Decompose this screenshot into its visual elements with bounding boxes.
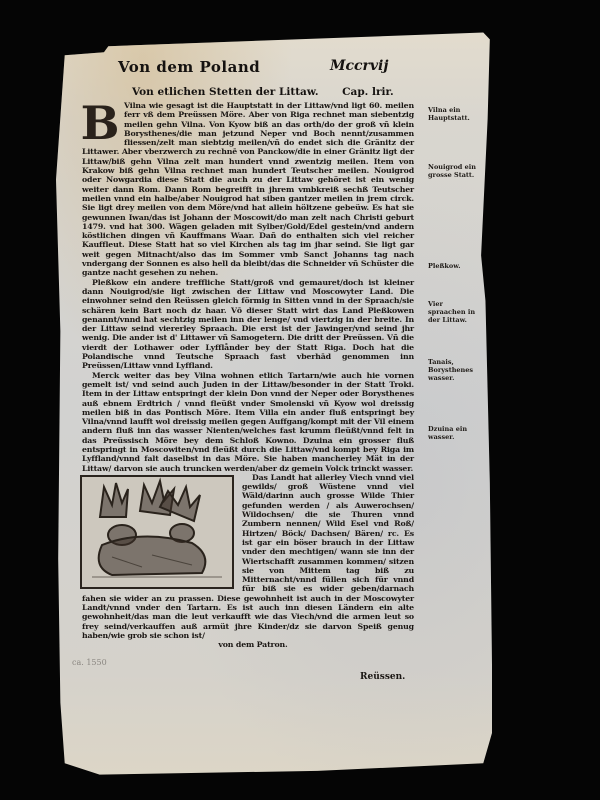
margin-note-plesskow: Pleßkow. [428, 262, 478, 270]
pencil-annotation: ca. 1550 [72, 658, 107, 667]
folio-number: Mccrvij [330, 58, 388, 74]
margin-note-languages: Vier spraachen in der Littaw. [428, 300, 478, 324]
deer-icon [82, 477, 232, 587]
body-text: B Vilna wie gesagt ist die Hauptstatt in… [82, 101, 414, 650]
chapter-heading: Von etlichen Stetten der Littaw. Cap. lr… [132, 86, 394, 98]
paragraph-1: B Vilna wie gesagt ist die Hauptstatt in… [82, 101, 414, 278]
chapter-number: lrir. [372, 86, 394, 98]
catchword: Reüssen. [360, 672, 405, 682]
running-title: Von dem Poland [118, 58, 260, 76]
paragraph-2: Pleßkow ein andere treffliche Statt/groß… [82, 278, 414, 371]
margin-note-rivers: Tanais, Borysthenes wasser. [428, 358, 478, 382]
closing-line: von dem Patron. [82, 640, 414, 649]
chapter-title: Von etlichen Stetten der Littaw. [132, 86, 319, 98]
paragraph-text: Vilna wie gesagt ist die Hauptstatt in d… [82, 101, 414, 277]
margin-note-vilna: Vilna ein Hauptstatt. [428, 106, 478, 122]
decorated-initial: B [80, 101, 120, 145]
paragraph-3: Merck weiter das bey Vilna wohnen etlich… [82, 371, 414, 473]
margin-note-dzuina: Dzuina ein wasser. [428, 425, 478, 441]
woodcut-illustration-deer [80, 475, 234, 589]
paragraph-4: Das Landt hat allerley Viech vnnd viel g… [82, 473, 414, 640]
chapter-label: Cap. [342, 86, 368, 98]
margin-note-nouigrod: Nouigrod ein grosse Statt. [428, 163, 478, 179]
